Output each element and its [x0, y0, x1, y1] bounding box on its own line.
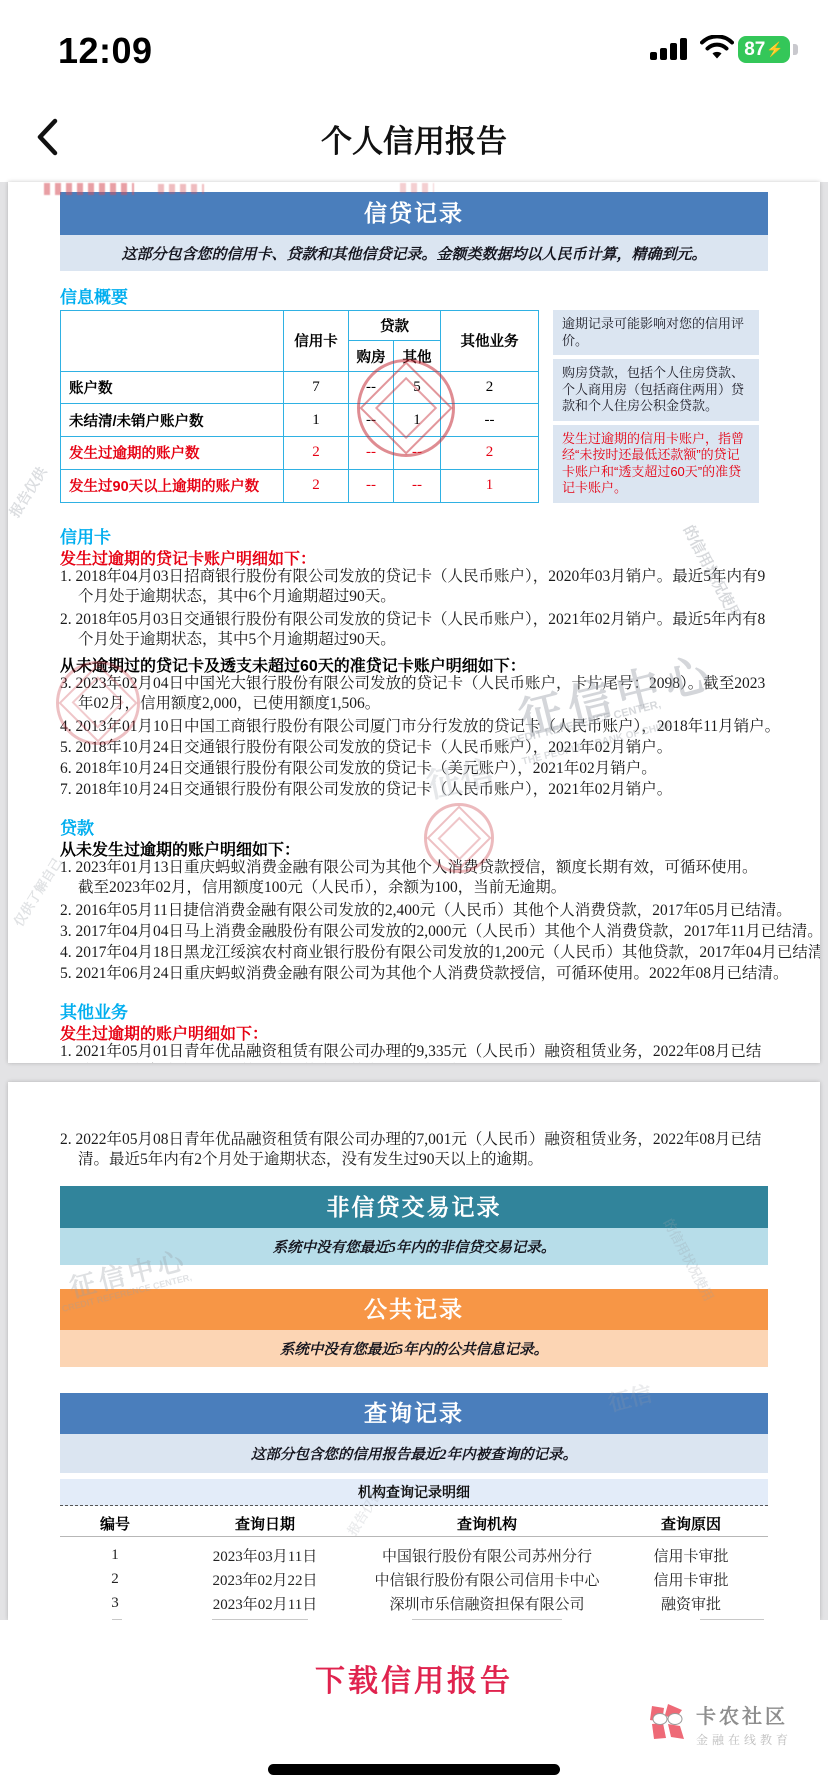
list-item: 3. 2017年04月04日马上消费金融股份有限公司发放的2,000元（人民币）…	[60, 922, 768, 942]
note-overdue-card: 发生过逾期的信用卡账户，指曾经“未按时还最低还款额”的贷记卡账户和“透支超过60…	[553, 425, 759, 503]
table-row: 2 2023年02月22日 中信银行股份有限公司信用卡中心 信用卡审批	[60, 1567, 768, 1591]
battery-nub	[793, 44, 798, 55]
col-other-biz: 其他业务	[441, 311, 539, 372]
brand-title: 卡农社区	[696, 1700, 792, 1729]
section-banner-public-records: 公共记录	[60, 1289, 768, 1330]
table-row: 未结清/未销户账户数 1 -- 1 --	[61, 404, 539, 437]
list-item: 7. 2018年10月24日交通银行股份有限公司发放的贷记卡（人民币账户），20…	[60, 780, 768, 800]
list-item: 6. 2018年10月24日交通银行股份有限公司发放的贷记卡（美元账户），202…	[60, 759, 768, 779]
list-item: 2. 2022年05月08日青年优品融资租赁有限公司办理的7,001元（人民币）…	[60, 1130, 768, 1170]
list-item: 5. 2018年10月24日交通银行股份有限公司发放的贷记卡（人民币账户），20…	[60, 738, 768, 758]
table-row-overdue: 发生过逾期的账户数 2 -- -- 2	[61, 437, 539, 470]
col-loan: 贷款	[349, 311, 441, 341]
col-credit-card: 信用卡	[284, 311, 349, 372]
footer-area: 下载信用报告 卡农社区 金融在线教育	[0, 1620, 828, 1792]
battery-icon: 87⚡	[738, 36, 790, 63]
status-bar: 12:09 87⚡	[0, 0, 828, 100]
query-records-note: 这部分包含您的信用报告最近2年内被查询的记录。	[60, 1434, 768, 1473]
table-row: 1 2023年03月11日 中国银行股份有限公司苏州分行 信用卡审批	[60, 1543, 768, 1567]
query-detail-subheader: 机构查询记录明细	[60, 1479, 768, 1506]
watermark-text: 报告仅供	[8, 463, 51, 521]
status-time: 12:09	[58, 30, 153, 72]
list-item: 5. 2021年06月24日重庆蚂蚁消费金融有限公司为其他个人消费贷款授信，可循…	[60, 964, 768, 984]
summary-notes: 逾期记录可能影响对您的信用评价。 购房贷款，包括个人住房贷款、个人商用房（包括商…	[553, 310, 759, 503]
section-banner-query-records: 查询记录	[60, 1393, 768, 1434]
brand-subtitle: 金融在线教育	[696, 1731, 792, 1748]
report-page-2: 征信中心 CREDIT REFERENCE CENTER, 的信用状况使用 报告…	[8, 1082, 820, 1620]
page-title: 个人信用报告	[0, 116, 828, 161]
public-records-note: 系统中没有您最近5年内的公共信息记录。	[60, 1330, 768, 1367]
list-item: 4. 2013年01月10日中国工商银行股份有限公司厦门市分行发放的贷记卡（人民…	[60, 717, 768, 737]
download-report-button[interactable]: 下载信用报告	[0, 1656, 828, 1700]
header-reason: 查询原因	[614, 1513, 768, 1534]
query-table-header: 编号 查询日期 查询机构 查询原因	[60, 1510, 768, 1537]
phone-screen: 12:09 87⚡ 个人信用报告	[0, 0, 828, 1792]
credit-card-overdue-subheading: 发生过逾期的贷记卡账户明细如下：	[60, 546, 768, 567]
list-item: 2. 2018年05月03日交通银行股份有限公司发放的贷记卡（人民币账户），20…	[60, 610, 768, 650]
credit-records-subtitle: 这部分包含您的信用卡、贷款和其他信贷记录。金额类数据均以人民币计算，精确到元。	[60, 235, 768, 271]
battery-percent: 87	[744, 39, 765, 61]
wifi-icon	[700, 35, 734, 66]
signal-strength-icon	[650, 38, 692, 60]
note-house-loan: 购房贷款，包括个人住房贷款、个人商用房（包括商住两用）贷款和个人住房公积金贷款。	[553, 359, 759, 421]
table-row: 3 2023年02月11日 深圳市乐信融资担保有限公司 融资审批	[60, 1591, 768, 1615]
table-row-overdue-90d: 发生过90天以上逾期的账户数 2 -- -- 1	[61, 469, 539, 502]
col-loan-house: 购房	[349, 341, 394, 371]
charging-bolt-icon: ⚡	[766, 41, 783, 58]
table-row: 账户数 7 -- 5 2	[61, 371, 539, 404]
nav-bar: 个人信用报告	[0, 100, 828, 182]
col-loan-other: 其他	[394, 341, 441, 371]
other-business-section-title: 其他业务	[60, 998, 768, 1021]
header-date: 查询日期	[170, 1513, 360, 1534]
note-overdue-impact: 逾期记录可能影响对您的信用评价。	[553, 310, 759, 355]
credit-card-normal-subheading: 从未逾期过的贷记卡及透支未超过60天的准贷记卡账户明细如下：	[60, 653, 768, 674]
list-item: 1. 2023年01月13日重庆蚂蚁消费金融有限公司为其他个人消费贷款授信，额度…	[60, 858, 768, 898]
section-banner-non-credit: 非信贷交易记录	[60, 1186, 768, 1228]
home-indicator[interactable]	[268, 1764, 560, 1775]
brand-logo-icon	[648, 1702, 688, 1747]
summary-table: 信用卡 贷款 其他业务 购房 其他 账户数 7 -- 5 2	[60, 310, 539, 503]
list-item: 2. 2016年05月11日捷信消费金融有限公司发放的2,400元（人民币）其他…	[60, 901, 768, 921]
header-org: 查询机构	[360, 1513, 614, 1534]
header-no: 编号	[60, 1513, 170, 1534]
other-business-subheading: 发生过逾期的账户明细如下：	[60, 1021, 768, 1042]
list-item: 1. 2018年04月03日招商银行股份有限公司发放的贷记卡（人民币账户），20…	[60, 567, 768, 607]
report-scroll-area[interactable]: 征信中心 CREDIT REFERENCE CENTER, THE PEOPLE…	[0, 182, 828, 1620]
watermark-text: 仅供了解自己	[8, 853, 65, 929]
section-banner-credit-records: 信贷记录	[60, 192, 768, 235]
loan-section-title: 贷款	[60, 814, 768, 837]
list-item: 3. 2023年02月04日中国光大银行股份有限公司发放的贷记卡（人民币账户，卡…	[60, 674, 768, 714]
loan-subheading: 从未发生过逾期的账户明细如下：	[60, 837, 768, 858]
list-item: 4. 2017年04月18日黑龙江绥滨农村商业银行股份有限公司发放的1,200元…	[60, 943, 768, 963]
credit-card-section-title: 信用卡	[60, 523, 768, 546]
summary-title: 信息概要	[60, 283, 768, 306]
non-credit-note: 系统中没有您最近5年内的非信贷交易记录。	[60, 1228, 768, 1265]
brand-watermark: 卡农社区 金融在线教育	[648, 1700, 792, 1748]
summary-block: 信用卡 贷款 其他业务 购房 其他 账户数 7 -- 5 2	[60, 310, 768, 503]
report-page-1: 征信中心 CREDIT REFERENCE CENTER, THE PEOPLE…	[8, 182, 820, 1063]
list-item: 1. 2021年05月01日青年优品融资租赁有限公司办理的9,335元（人民币）…	[60, 1042, 768, 1064]
